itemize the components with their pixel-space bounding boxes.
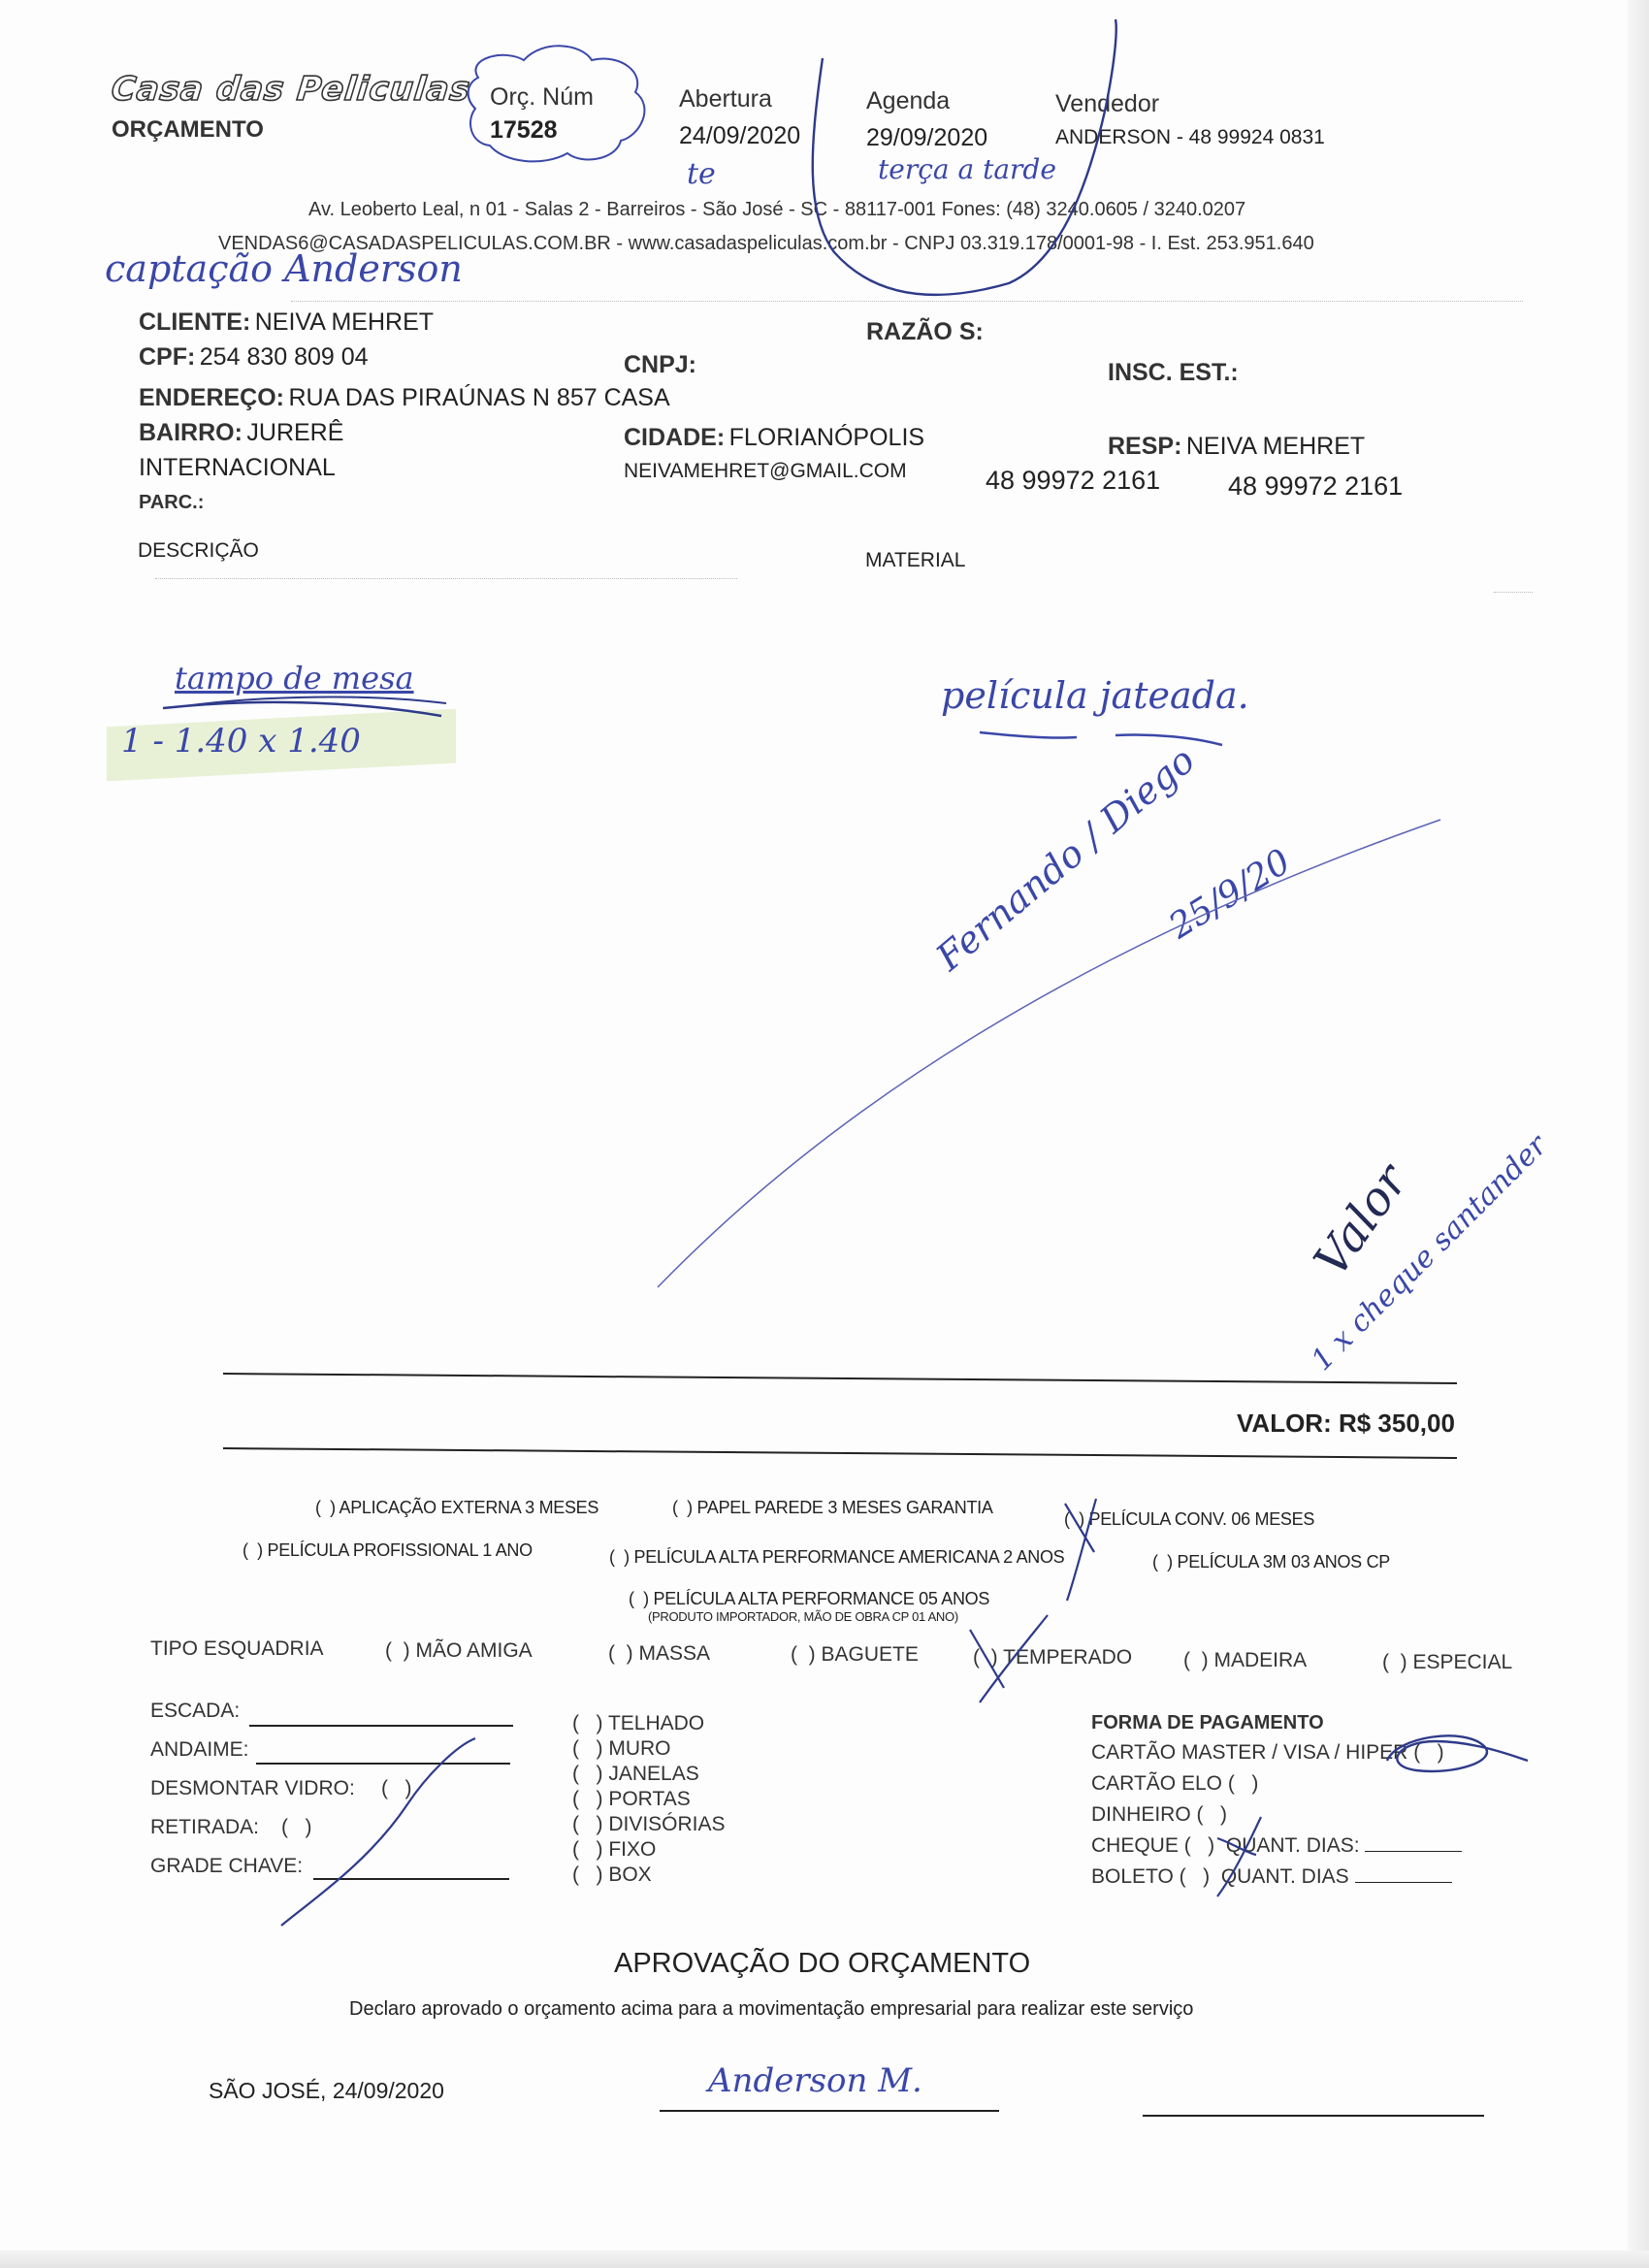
cnpj-label: CNPJ: bbox=[624, 351, 696, 379]
payment-option-label: CARTÃO ELO bbox=[1091, 1772, 1228, 1795]
option-label: MÃO AMIGA bbox=[410, 1639, 533, 1662]
checkbox[interactable]: ( ) bbox=[572, 1813, 603, 1835]
option-label: MADEIRA bbox=[1209, 1649, 1308, 1671]
approval-place-date: SÃO JOSÉ, 24/09/2020 bbox=[209, 2078, 444, 2104]
checkbox[interactable]: ( ) bbox=[1152, 1552, 1173, 1571]
cliente-value: NEIVA MEHRET bbox=[255, 308, 434, 336]
warranty-option[interactable]: ( ) PAPEL PAREDE 3 MESES GARANTIA bbox=[672, 1498, 993, 1518]
checkbox[interactable]: ( ) bbox=[1382, 1651, 1407, 1673]
agenda-value: 29/09/2020 bbox=[866, 124, 987, 152]
vendedor-value: ANDERSON - 48 99924 0831 bbox=[1055, 126, 1325, 149]
quant-dias-field[interactable] bbox=[1355, 1882, 1452, 1883]
scan-edge bbox=[1628, 0, 1649, 2268]
option-label: TELHADO bbox=[603, 1712, 705, 1734]
esquadria-label: TIPO ESQUADRIA bbox=[150, 1637, 324, 1661]
checkbox[interactable]: ( ) bbox=[572, 1788, 603, 1810]
approval-statement: Declaro aprovado o orçamento acima para … bbox=[349, 1998, 1193, 2021]
client-phone-2: 48 99972 2161 bbox=[1228, 471, 1403, 502]
cidade-field: CIDADE: FLORIANÓPOLIS bbox=[624, 424, 924, 452]
esquadria-option[interactable]: ( ) ESPECIAL bbox=[1382, 1651, 1512, 1674]
location-option[interactable]: ( ) DIVISÓRIAS bbox=[572, 1813, 726, 1836]
checkbox[interactable]: ( ) bbox=[572, 1763, 603, 1785]
company-logo: Casa das Peliculas bbox=[110, 70, 472, 109]
warranty-option[interactable]: ( ) PELÍCULA 3M 03 ANOS CP bbox=[1152, 1552, 1390, 1572]
checkbox[interactable]: ( ) bbox=[572, 1863, 603, 1886]
handwritten-descricao-qty: 1 - 1.40 x 1.40 bbox=[121, 722, 361, 761]
retirada-checkbox[interactable]: ( ) bbox=[281, 1816, 312, 1839]
scan-edge bbox=[0, 2251, 1649, 2268]
grade-chave-line[interactable] bbox=[313, 1878, 509, 1880]
approval-title: APROVAÇÃO DO ORÇAMENTO bbox=[614, 1948, 1030, 1980]
checkbox[interactable]: ( ) bbox=[385, 1639, 410, 1662]
checkbox[interactable]: ( ) bbox=[1064, 1509, 1084, 1529]
valor-amount: R$ 350,00 bbox=[1339, 1409, 1455, 1438]
payment-option[interactable]: CARTÃO MASTER / VISA / HIPER ( ) bbox=[1091, 1741, 1444, 1765]
handwritten-abertura-note: te bbox=[687, 157, 716, 191]
handwriting-strokes bbox=[0, 0, 1649, 2268]
descricao-label: DESCRIÇÃO bbox=[138, 539, 259, 563]
checkbox[interactable]: ( ) bbox=[973, 1646, 998, 1669]
bairro-label: BAIRRO: bbox=[139, 419, 242, 446]
option-label: APLICAÇÃO EXTERNA 3 MESES bbox=[336, 1498, 598, 1517]
option-label: MASSA bbox=[633, 1642, 710, 1665]
endereco-label: ENDEREÇO: bbox=[139, 384, 284, 411]
doc-type: ORÇAMENTO bbox=[112, 116, 264, 144]
cliente-label: CLIENTE: bbox=[139, 308, 250, 336]
quant-dias-label: QUANT. DIAS bbox=[1210, 1865, 1354, 1888]
location-option[interactable]: ( ) JANELAS bbox=[572, 1763, 699, 1786]
payment-option-label: BOLETO bbox=[1091, 1865, 1180, 1888]
cpf-label: CPF: bbox=[139, 343, 195, 371]
desmontar-checkbox[interactable]: ( ) bbox=[381, 1777, 412, 1800]
cpf-value: 254 830 809 04 bbox=[200, 343, 369, 371]
option-label: PELÍCULA ALTA PERFORMANCE 05 ANOS bbox=[649, 1589, 989, 1608]
location-option[interactable]: ( ) BOX bbox=[572, 1863, 652, 1887]
endereco-value: RUA DAS PIRAÚNAS N 857 CASA bbox=[288, 384, 669, 411]
valor-bottom-rule bbox=[223, 1447, 1457, 1459]
payment-option[interactable]: CARTÃO ELO ( ) bbox=[1091, 1772, 1258, 1796]
checkbox[interactable]: ( ) bbox=[609, 1547, 630, 1567]
checkbox[interactable]: ( ) bbox=[1184, 1834, 1215, 1857]
option-label: PAPEL PAREDE 3 MESES GARANTIA bbox=[693, 1498, 993, 1517]
warranty-option[interactable]: ( ) APLICAÇÃO EXTERNA 3 MESES bbox=[315, 1498, 598, 1518]
material-line bbox=[1494, 592, 1533, 593]
checkbox[interactable]: ( ) bbox=[572, 1712, 603, 1734]
location-option[interactable]: ( ) FIXO bbox=[572, 1838, 656, 1862]
option-label: DIVISÓRIAS bbox=[603, 1813, 726, 1835]
escada-label: ESCADA: bbox=[150, 1700, 240, 1723]
client-email: NEIVAMEHRET@GMAIL.COM bbox=[624, 460, 907, 483]
warranty-option[interactable]: ( ) PELÍCULA PROFISSIONAL 1 ANO bbox=[242, 1540, 533, 1561]
checkbox[interactable]: ( ) bbox=[315, 1498, 336, 1517]
quant-dias-label: QUANT. DIAS: bbox=[1214, 1834, 1365, 1857]
option-label: PELÍCULA PROFISSIONAL 1 ANO bbox=[263, 1540, 533, 1560]
location-option[interactable]: ( ) PORTAS bbox=[572, 1788, 691, 1811]
orc-num-label: Orç. Núm bbox=[490, 83, 594, 112]
header-divider bbox=[291, 301, 1523, 302]
descricao-line bbox=[155, 578, 737, 579]
abertura-label: Abertura bbox=[679, 85, 772, 113]
quant-dias-field[interactable] bbox=[1365, 1851, 1462, 1852]
cidade-value: FLORIANÓPOLIS bbox=[729, 424, 924, 451]
warranty-option[interactable]: ( ) PELÍCULA ALTA PERFORMANCE 05 ANOS(PR… bbox=[629, 1589, 989, 1624]
option-label: BOX bbox=[603, 1863, 652, 1886]
handwritten-descricao-item: tampo de mesa bbox=[175, 660, 414, 697]
option-label: PELÍCULA ALTA PERFORMANCE AMERICANA 2 AN… bbox=[630, 1547, 1065, 1567]
parc-label: PARC.: bbox=[139, 492, 204, 514]
option-label: FIXO bbox=[603, 1838, 657, 1861]
warranty-option[interactable]: ( ) PELÍCULA ALTA PERFORMANCE AMERICANA … bbox=[609, 1547, 1064, 1568]
location-option[interactable]: ( ) MURO bbox=[572, 1737, 671, 1761]
handwritten-signature: Anderson M. bbox=[708, 2061, 922, 2100]
cliente-field: CLIENTE: NEIVA MEHRET bbox=[139, 308, 434, 337]
payment-option-label: CHEQUE bbox=[1091, 1834, 1184, 1857]
escada-line[interactable] bbox=[249, 1725, 513, 1727]
handwritten-diagonal-note: Fernando / Diego bbox=[928, 738, 1203, 979]
esquadria-option[interactable]: ( ) BAGUETE bbox=[791, 1643, 919, 1667]
checkbox[interactable]: ( ) bbox=[629, 1589, 649, 1608]
resp-label: RESP: bbox=[1108, 433, 1181, 460]
client-phone-1: 48 99972 2161 bbox=[986, 466, 1160, 496]
grade-chave-label: GRADE CHAVE: bbox=[150, 1855, 303, 1878]
payment-option-label: DINHEIRO bbox=[1091, 1803, 1197, 1826]
material-label: MATERIAL bbox=[865, 549, 965, 572]
esquadria-option[interactable]: ( ) MASSA bbox=[608, 1642, 710, 1666]
signature-line-client[interactable] bbox=[1143, 2115, 1484, 2117]
valor-label: VALOR: bbox=[1237, 1409, 1332, 1438]
payment-title: FORMA DE PAGAMENTO bbox=[1091, 1712, 1324, 1734]
handwritten-agenda-note: terça a tarde bbox=[878, 153, 1056, 185]
checkbox[interactable]: ( ) bbox=[672, 1498, 693, 1517]
checkbox[interactable]: ( ) bbox=[572, 1737, 603, 1760]
location-option[interactable]: ( ) TELHADO bbox=[572, 1712, 704, 1735]
valor-top-rule bbox=[223, 1373, 1457, 1384]
endereco-field: ENDEREÇO: RUA DAS PIRAÚNAS N 857 CASA bbox=[139, 384, 670, 412]
esquadria-option[interactable]: ( ) MÃO AMIGA bbox=[385, 1639, 533, 1663]
andaime-line[interactable] bbox=[256, 1763, 510, 1765]
vendedor-label: Vendedor bbox=[1055, 90, 1159, 118]
bairro-value: JURERÊ bbox=[246, 419, 343, 446]
checkbox[interactable]: ( ) bbox=[242, 1540, 263, 1560]
orc-num-value: 17528 bbox=[490, 116, 558, 145]
payment-option[interactable]: DINHEIRO ( ) bbox=[1091, 1803, 1227, 1827]
checkbox[interactable]: ( ) bbox=[608, 1642, 633, 1665]
option-label: PORTAS bbox=[603, 1788, 691, 1810]
payment-option[interactable]: CHEQUE ( ) QUANT. DIAS: bbox=[1091, 1834, 1462, 1858]
resp-value: NEIVA MEHRET bbox=[1186, 433, 1365, 460]
checkbox[interactable]: ( ) bbox=[1183, 1649, 1209, 1671]
bairro-field: BAIRRO: JURERÊ bbox=[139, 419, 343, 447]
razao-label: RAZÃO S: bbox=[866, 318, 984, 346]
insc-est-label: INSC. EST.: bbox=[1108, 359, 1239, 387]
checkbox[interactable]: ( ) bbox=[572, 1838, 603, 1861]
signature-line-company[interactable] bbox=[660, 2110, 999, 2112]
warranty-note: (PRODUTO IMPORTADOR, MÃO DE OBRA CP 01 A… bbox=[629, 1609, 989, 1624]
payment-option-label: CARTÃO MASTER / VISA / HIPER bbox=[1091, 1741, 1413, 1764]
esquadria-option[interactable]: ( ) MADEIRA bbox=[1183, 1649, 1307, 1672]
option-label: ESPECIAL bbox=[1407, 1651, 1513, 1673]
payment-option[interactable]: BOLETO ( ) QUANT. DIAS bbox=[1091, 1865, 1452, 1889]
option-label: PELÍCULA 3M 03 ANOS CP bbox=[1173, 1552, 1390, 1571]
option-label: MURO bbox=[603, 1737, 671, 1760]
option-label: BAGUETE bbox=[816, 1643, 919, 1666]
checkbox[interactable]: ( ) bbox=[1228, 1772, 1259, 1795]
desmontar-label: DESMONTAR VIDRO: bbox=[150, 1777, 355, 1800]
checkbox[interactable]: ( ) bbox=[1180, 1865, 1211, 1888]
checkbox[interactable]: ( ) bbox=[1197, 1803, 1228, 1826]
handwritten-captacao: captação Anderson bbox=[105, 247, 463, 290]
cpf-field: CPF: 254 830 809 04 bbox=[139, 343, 369, 372]
option-label: JANELAS bbox=[603, 1763, 699, 1785]
handwritten-diagonal-date: 25/9/20 bbox=[1162, 842, 1297, 947]
resp-field: RESP: NEIVA MEHRET bbox=[1108, 433, 1365, 461]
cidade-label: CIDADE: bbox=[624, 424, 725, 451]
bairro-value-2: INTERNACIONAL bbox=[139, 454, 336, 482]
abertura-value: 24/09/2020 bbox=[679, 122, 800, 150]
company-address: Av. Leoberto Leal, n 01 - Salas 2 - Barr… bbox=[308, 199, 1245, 221]
andaime-label: ANDAIME: bbox=[150, 1738, 249, 1762]
agenda-label: Agenda bbox=[866, 87, 950, 115]
checkbox[interactable]: ( ) bbox=[791, 1643, 816, 1666]
option-label: TEMPERADO bbox=[998, 1646, 1132, 1669]
retirada-label: RETIRADA: bbox=[150, 1816, 259, 1839]
warranty-option[interactable]: ( ) PELÍCULA CONV. 06 MESES bbox=[1064, 1509, 1314, 1530]
option-label: PELÍCULA CONV. 06 MESES bbox=[1084, 1509, 1314, 1529]
checkbox[interactable]: ( ) bbox=[1413, 1741, 1444, 1764]
handwritten-material: película jateada. bbox=[941, 674, 1249, 717]
valor-field: VALOR: R$ 350,00 bbox=[1237, 1409, 1455, 1439]
esquadria-option[interactable]: ( ) TEMPERADO bbox=[973, 1646, 1132, 1669]
